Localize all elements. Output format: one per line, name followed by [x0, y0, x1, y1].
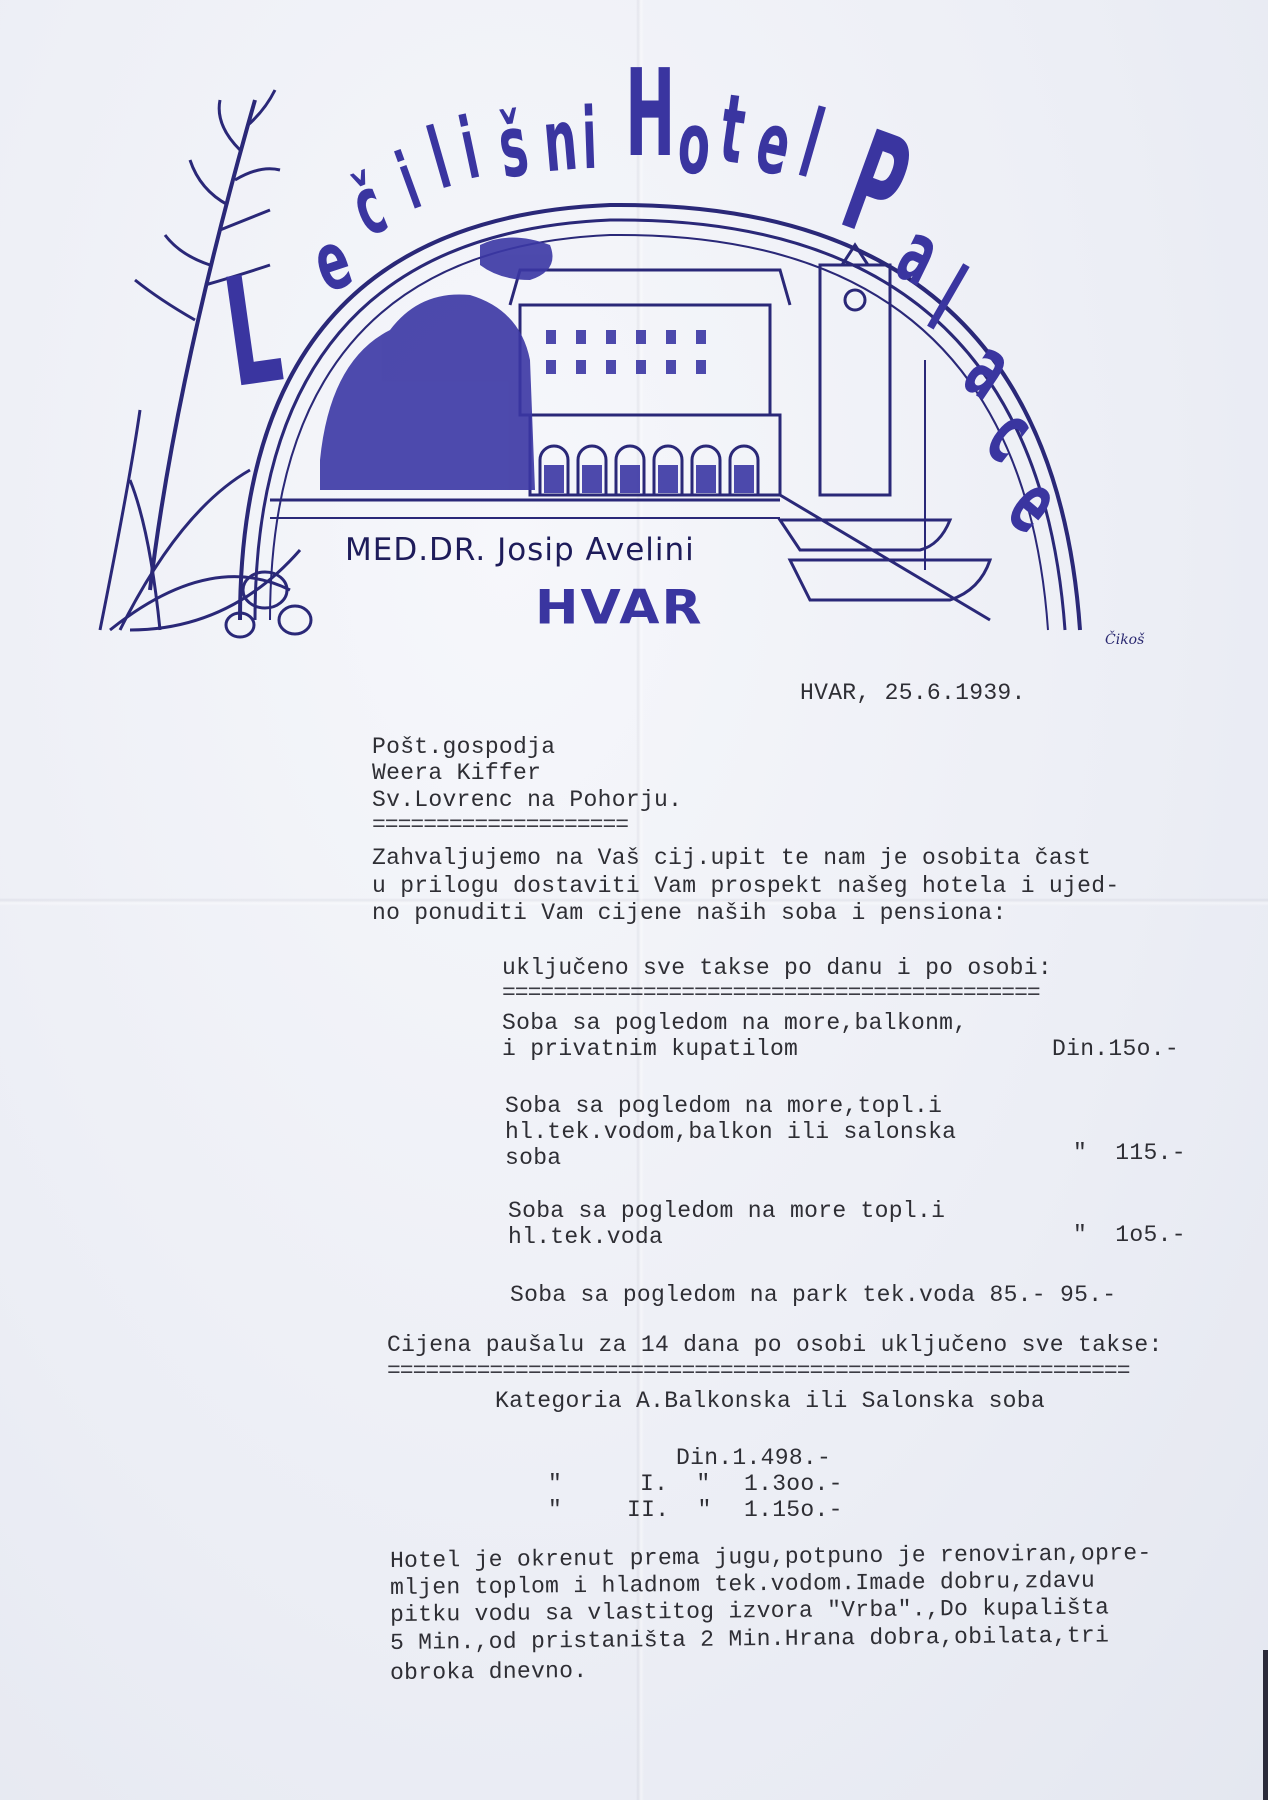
room-description-line: i privatnim kupatilom: [502, 1036, 798, 1062]
room-description-line: Soba sa pogledom na park tek.voda 85.- 9…: [510, 1282, 1116, 1308]
letterhead-city: HVAR: [535, 581, 704, 635]
package-price: 1.3oo.-: [744, 1471, 843, 1497]
room-description-line: Soba sa pogledom na more topl.i: [508, 1198, 945, 1224]
recipient-underline: ====================: [372, 812, 628, 838]
intro-line: u prilogu dostaviti Vam prospekt našeg h…: [372, 873, 1119, 899]
package-category: II. ": [627, 1497, 712, 1523]
room-description-line: Soba sa pogledom na more,balkonm,: [502, 1010, 967, 1036]
page-edge-shadow: [1263, 1650, 1268, 1800]
package-price: Din.1.498.-: [676, 1445, 831, 1471]
package-heading: Cijena paušalu za 14 dana po osobi uklju…: [387, 1332, 1163, 1358]
room-description-line: soba: [505, 1145, 561, 1171]
title-letter: o: [675, 94, 714, 195]
room-description-line: hl.tek.vodom,balkon ili salonska: [505, 1119, 956, 1145]
daily-rates-rule: ========================================…: [502, 980, 1040, 1006]
package-category: I. ": [640, 1471, 711, 1497]
package-category-line: Kategoria A.Balkonska ili Salonska soba: [495, 1388, 1045, 1414]
closing-line: obroka dnevno.: [390, 1658, 588, 1686]
room-price: " 115.-: [1073, 1140, 1186, 1166]
package-rule: ========================================…: [387, 1358, 1130, 1384]
letterhead: L e č i l i š n i H o t e l P a l a c e …: [90, 30, 1190, 650]
room-description-line: Soba sa pogledom na more,topl.i: [505, 1093, 942, 1119]
recipient-salutation: Pošt.gospodja: [372, 734, 555, 760]
recipient-address: Sv.Lovrenc na Pohorju.: [372, 787, 682, 813]
daily-rates-heading: uključeno sve takse po danu i po osobi:: [502, 955, 1052, 981]
artist-signature: Čikoš: [1105, 632, 1144, 648]
intro-line: Zahvaljujemo na Vaš cij.upit te nam je o…: [372, 845, 1091, 871]
title-letter: H: [625, 45, 675, 184]
package-ditto: ": [548, 1471, 562, 1497]
doctor-name: MED.DR. Josip Avelini: [345, 532, 695, 568]
room-price: " 1o5.-: [1073, 1222, 1186, 1248]
room-description-line: hl.tek.voda: [508, 1224, 663, 1250]
room-price: Din.15o.-: [1052, 1036, 1179, 1062]
recipient-name: Weera Kiffer: [372, 760, 541, 786]
intro-line: no ponuditi Vam cijene naših soba i pens…: [372, 900, 1007, 926]
dateline: HVAR, 25.6.1939.: [800, 680, 1026, 706]
package-price: 1.15o.-: [744, 1497, 843, 1523]
package-ditto: ": [548, 1497, 562, 1523]
